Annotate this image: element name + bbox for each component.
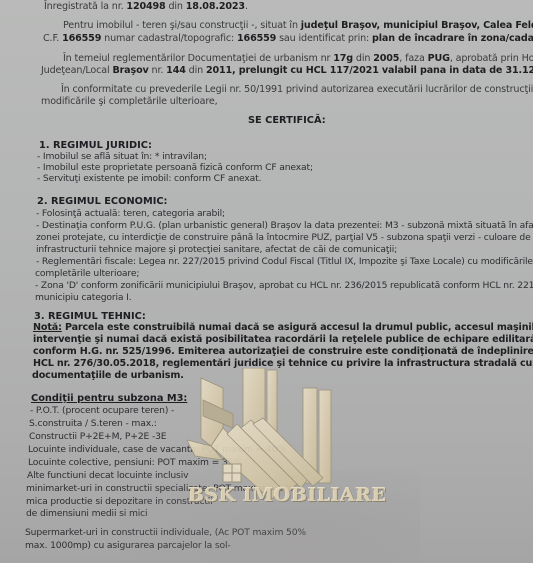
section2-line: municipiu categoria I.	[35, 292, 131, 304]
basis-line-1: În temeiul reglementărilor Documentaţiei…	[63, 53, 533, 65]
section2-line: completările ulterioare;	[35, 268, 139, 280]
basis-text: , aprobată prin Hotărârea Consiliului	[450, 53, 533, 64]
section2-line: - Zona 'D' conform zonificării municipiu…	[35, 280, 533, 292]
condition-line: S.construita / S.teren - max.:	[29, 418, 157, 430]
registration-suffix: .	[245, 1, 248, 12]
cf-number: 166559	[62, 33, 101, 44]
law-line-2: modificările şi completările ulterioare,	[41, 96, 218, 108]
identified-label: sau identificat prin:	[276, 33, 372, 44]
condition-line: Locuinte colective, pensiuni: POT maxim …	[28, 457, 242, 469]
note-line: documentaţiile de urbanism.	[32, 370, 184, 382]
council-name: Braşov	[112, 65, 148, 76]
certificate-page: Înregistrată la nr. 120498 din 18.08.202…	[0, 0, 533, 563]
property-address: judeţul Braşov, municipiul Braşov, Calea…	[301, 20, 533, 31]
note-line: HCL nr. 276/30.05.2018, reglementări jur…	[33, 358, 533, 370]
conditions-title: Condiţii pentru subzona M3:	[31, 393, 187, 404]
validity-text: 2011, prelungit cu HCL 117/2021 valabil …	[206, 65, 533, 76]
identification-plan: plan de încadrare în zona/cadastral	[372, 33, 533, 44]
note-line: intervenţie şi numai dacă există posibil…	[33, 334, 533, 346]
condition-line: Constructii P+2E+M, P+2E -3E	[29, 431, 166, 443]
property-line-1: Pentru imobilul - teren şi/sau construcţ…	[63, 20, 533, 32]
section1-item: - Servituţi existente pe imobil: conform…	[37, 173, 261, 185]
note-text: Parcela este construibilă numai dacă se …	[62, 322, 533, 333]
doc-phase: PUG	[428, 53, 450, 64]
basis-text: nr.	[149, 65, 167, 76]
basis-line-2: Judeţean/Local Braşov nr. 144 din 2011, …	[41, 65, 533, 77]
basis-text: În temeiul reglementărilor Documentaţiei…	[63, 53, 333, 64]
section2-line: infrastructurii tehnice majore şi protec…	[36, 244, 397, 256]
note-line: conform H.G. nr. 525/1996. Emiterea auto…	[33, 346, 533, 358]
section3-title: 3. REGIMUL TEHNIC:	[34, 311, 146, 322]
law-line-1: În conformitate cu prevederile Legii nr.…	[61, 84, 533, 96]
property-line-2: C.F. 166559 numar cadastral/topografic: …	[43, 33, 533, 45]
section2-line: - Folosinţă actuală: teren, categoria ar…	[36, 208, 225, 220]
registration-mid: din	[166, 1, 186, 12]
condition-line: - P.O.T. (procent ocupare teren) -	[30, 405, 174, 417]
certifies-title: SE CERTIFICĂ:	[248, 115, 326, 126]
watermark-text: BSK IMOBILIARE	[188, 484, 387, 506]
section2-line: zonei protejate, cu interdicţie de const…	[36, 232, 533, 244]
section2-title: 2. REGIMUL ECONOMIC:	[37, 196, 167, 207]
section2-line: - Reglementări fiscale: Legea nr. 227/20…	[36, 256, 533, 268]
doc-number: 17g	[333, 53, 353, 64]
basis-text: Judeţean/Local	[41, 65, 112, 76]
cadastral-label: numar cadastral/topografic:	[101, 33, 237, 44]
cadastral-number: 166559	[237, 33, 276, 44]
note-line: Notă: Parcela este construibilă numai da…	[33, 322, 533, 334]
registration-date: 18.08.2023	[186, 1, 245, 12]
hcl-number: 144	[166, 65, 186, 76]
section2-line: - Destinaţia conform P.U.G. (plan urbani…	[36, 220, 533, 232]
note-label: Notă:	[33, 322, 62, 333]
basis-text: , faza	[399, 53, 427, 64]
condition-line: Locuinte individuale, case de vacanta: P…	[28, 444, 286, 456]
property-text: Pentru imobilul - teren şi/sau construcţ…	[63, 20, 301, 31]
section1-title: 1. REGIMUL JURIDIC:	[39, 140, 152, 151]
registration-prefix: Înregistrată la nr.	[44, 1, 126, 12]
basis-text: din	[186, 65, 206, 76]
doc-year: 2005	[373, 53, 399, 64]
basis-text: din	[353, 53, 373, 64]
cf-label: C.F.	[43, 33, 62, 44]
registration-line: Înregistrată la nr. 120498 din 18.08.202…	[44, 1, 248, 13]
registration-number: 120498	[126, 1, 165, 12]
